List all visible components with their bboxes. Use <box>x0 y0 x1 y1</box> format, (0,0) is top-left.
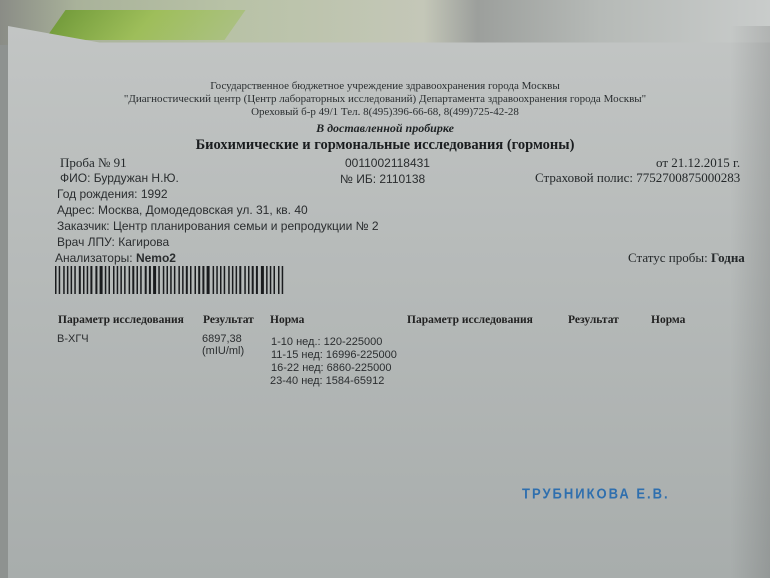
header-parameter-left: Параметр исследования <box>58 314 184 326</box>
status-value: Годна <box>711 250 745 265</box>
norm-range: 23-40 нед: 1584-65912 <box>270 375 384 387</box>
analyzers: Анализаторы: Nemo2 <box>55 251 176 265</box>
org-department: "Диагностический центр (Центр лабораторн… <box>0 93 770 105</box>
result-value: 6897,38 <box>202 333 242 345</box>
sample-note: В доставленной пробирке <box>0 121 770 136</box>
sample-status: Статус пробы: Годна <box>628 250 745 266</box>
history-number: № ИБ: 2110138 <box>340 172 425 186</box>
org-address: Ореховый б-р 49/1 Тел. 8(495)396-66-68, … <box>0 106 770 118</box>
report-title: Биохимические и гормональные исследовани… <box>0 137 770 154</box>
birth-year: Год рождения: 1992 <box>57 187 168 201</box>
barcode-number: 0011002118431 <box>345 156 430 170</box>
header-parameter-right: Параметр исследования <box>407 314 533 326</box>
norm-range: 1-10 нед.: 120-225000 <box>271 336 382 348</box>
header-result-left: Результат <box>203 314 254 326</box>
header-norm-right: Норма <box>651 314 685 326</box>
norm-range: 16-22 нед: 6860-225000 <box>271 362 392 374</box>
header-result-right: Результат <box>568 314 619 326</box>
signature-stamp: ТРУБНИКОВА Е.В. <box>522 485 670 502</box>
result-unit: (mIU/ml) <box>202 345 244 357</box>
doctor: Врач ЛПУ: Кагирова <box>57 235 169 249</box>
patient-name: ФИО: Бурдужан Н.Ю. <box>60 171 179 185</box>
sample-number: Проба № 91 <box>60 155 127 171</box>
parameter-name: B-ХГЧ <box>57 333 89 345</box>
barcode <box>55 266 285 294</box>
analyzers-value: Nemo2 <box>136 251 176 265</box>
report-date: от 21.12.2015 г. <box>656 155 740 171</box>
patient-address: Адрес: Москва, Домодедовская ул. 31, кв.… <box>57 203 308 217</box>
norm-range: 11-15 нед: 16996-225000 <box>271 349 397 361</box>
insurance-policy: Страховой полис: 7752700875000283 <box>535 170 740 186</box>
header-norm-left: Норма <box>270 314 304 326</box>
analyzers-label: Анализаторы: <box>55 251 136 265</box>
status-label: Статус пробы: <box>628 250 711 265</box>
org-name: Государственное бюджетное учреждение здр… <box>0 80 770 92</box>
customer: Заказчик: Центр планирования семьи и реп… <box>57 219 379 233</box>
background-object <box>44 10 245 40</box>
